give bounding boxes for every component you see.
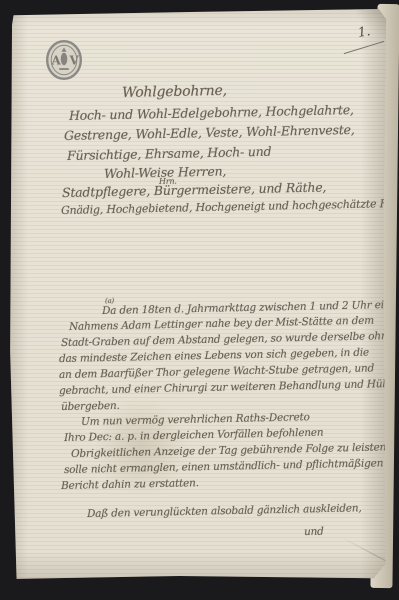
stamp-emblem-shape — [61, 53, 68, 65]
manuscript-line: Bericht dahin zu erstatten. — [61, 477, 199, 492]
interlinear-note: (a) — [105, 297, 114, 305]
stamp-base-shape — [59, 68, 69, 70]
manuscript-line: Gestrenge, Wohl-Edle, Veste, Wohl-Ehrenv… — [64, 122, 355, 143]
page-number-underline — [344, 41, 384, 54]
manuscript-line: Gnädig, Hochgebietend, Hochgeneigt und h… — [61, 196, 399, 217]
manuscript-line: Ihro Dec: a. p. in dergleichen Vorfällen… — [64, 427, 324, 444]
stamp-letter-left: A — [51, 54, 62, 68]
scanned-document-photo: A V 1. Wohlgebohrne,Hoch- und Wohl-Edelg… — [0, 0, 399, 600]
stamp-letter-right: V — [69, 54, 80, 68]
manuscript-line: an dem Baarfüßer Thor gelegene Wacht-Stu… — [59, 362, 374, 381]
catchword: und — [304, 526, 324, 538]
manuscript-line: Hoch- und Wohl-Edelgebohrne, Hochgelahrt… — [69, 102, 354, 123]
owner-stamp-icon: A V — [45, 39, 83, 81]
manuscript-line: solle nicht ermanglen, einen umständlich… — [64, 457, 383, 476]
manuscript-page: A V 1. Wohlgebohrne,Hoch- und Wohl-Edelg… — [9, 9, 387, 580]
page-number: 1. — [357, 24, 371, 41]
manuscript-line: gebracht, und einer Chirurgi zur weitere… — [59, 378, 395, 397]
manuscript-line: Wohlgebohrne, — [122, 83, 227, 101]
interlinear-insertion: Hrn. — [159, 177, 177, 186]
manuscript-line: Stadtpflegere, Bürgermeistere, und Räthe… — [62, 179, 327, 200]
manuscript-line: das mindeste Zeichen eines Lebens von si… — [59, 347, 369, 365]
manuscript-line: Nahmens Adam Lettinger nahe bey der Mist… — [69, 315, 374, 333]
manuscript-line: Um nun vermög verehrlichen Raths-Decreto — [81, 411, 310, 428]
manuscript-line: übergeben. — [61, 400, 120, 413]
manuscript-line: Fürsichtige, Ehrsame, Hoch- und — [67, 144, 272, 163]
manuscript-line: Daß den verunglückten alsobald gänzlich … — [87, 502, 362, 520]
